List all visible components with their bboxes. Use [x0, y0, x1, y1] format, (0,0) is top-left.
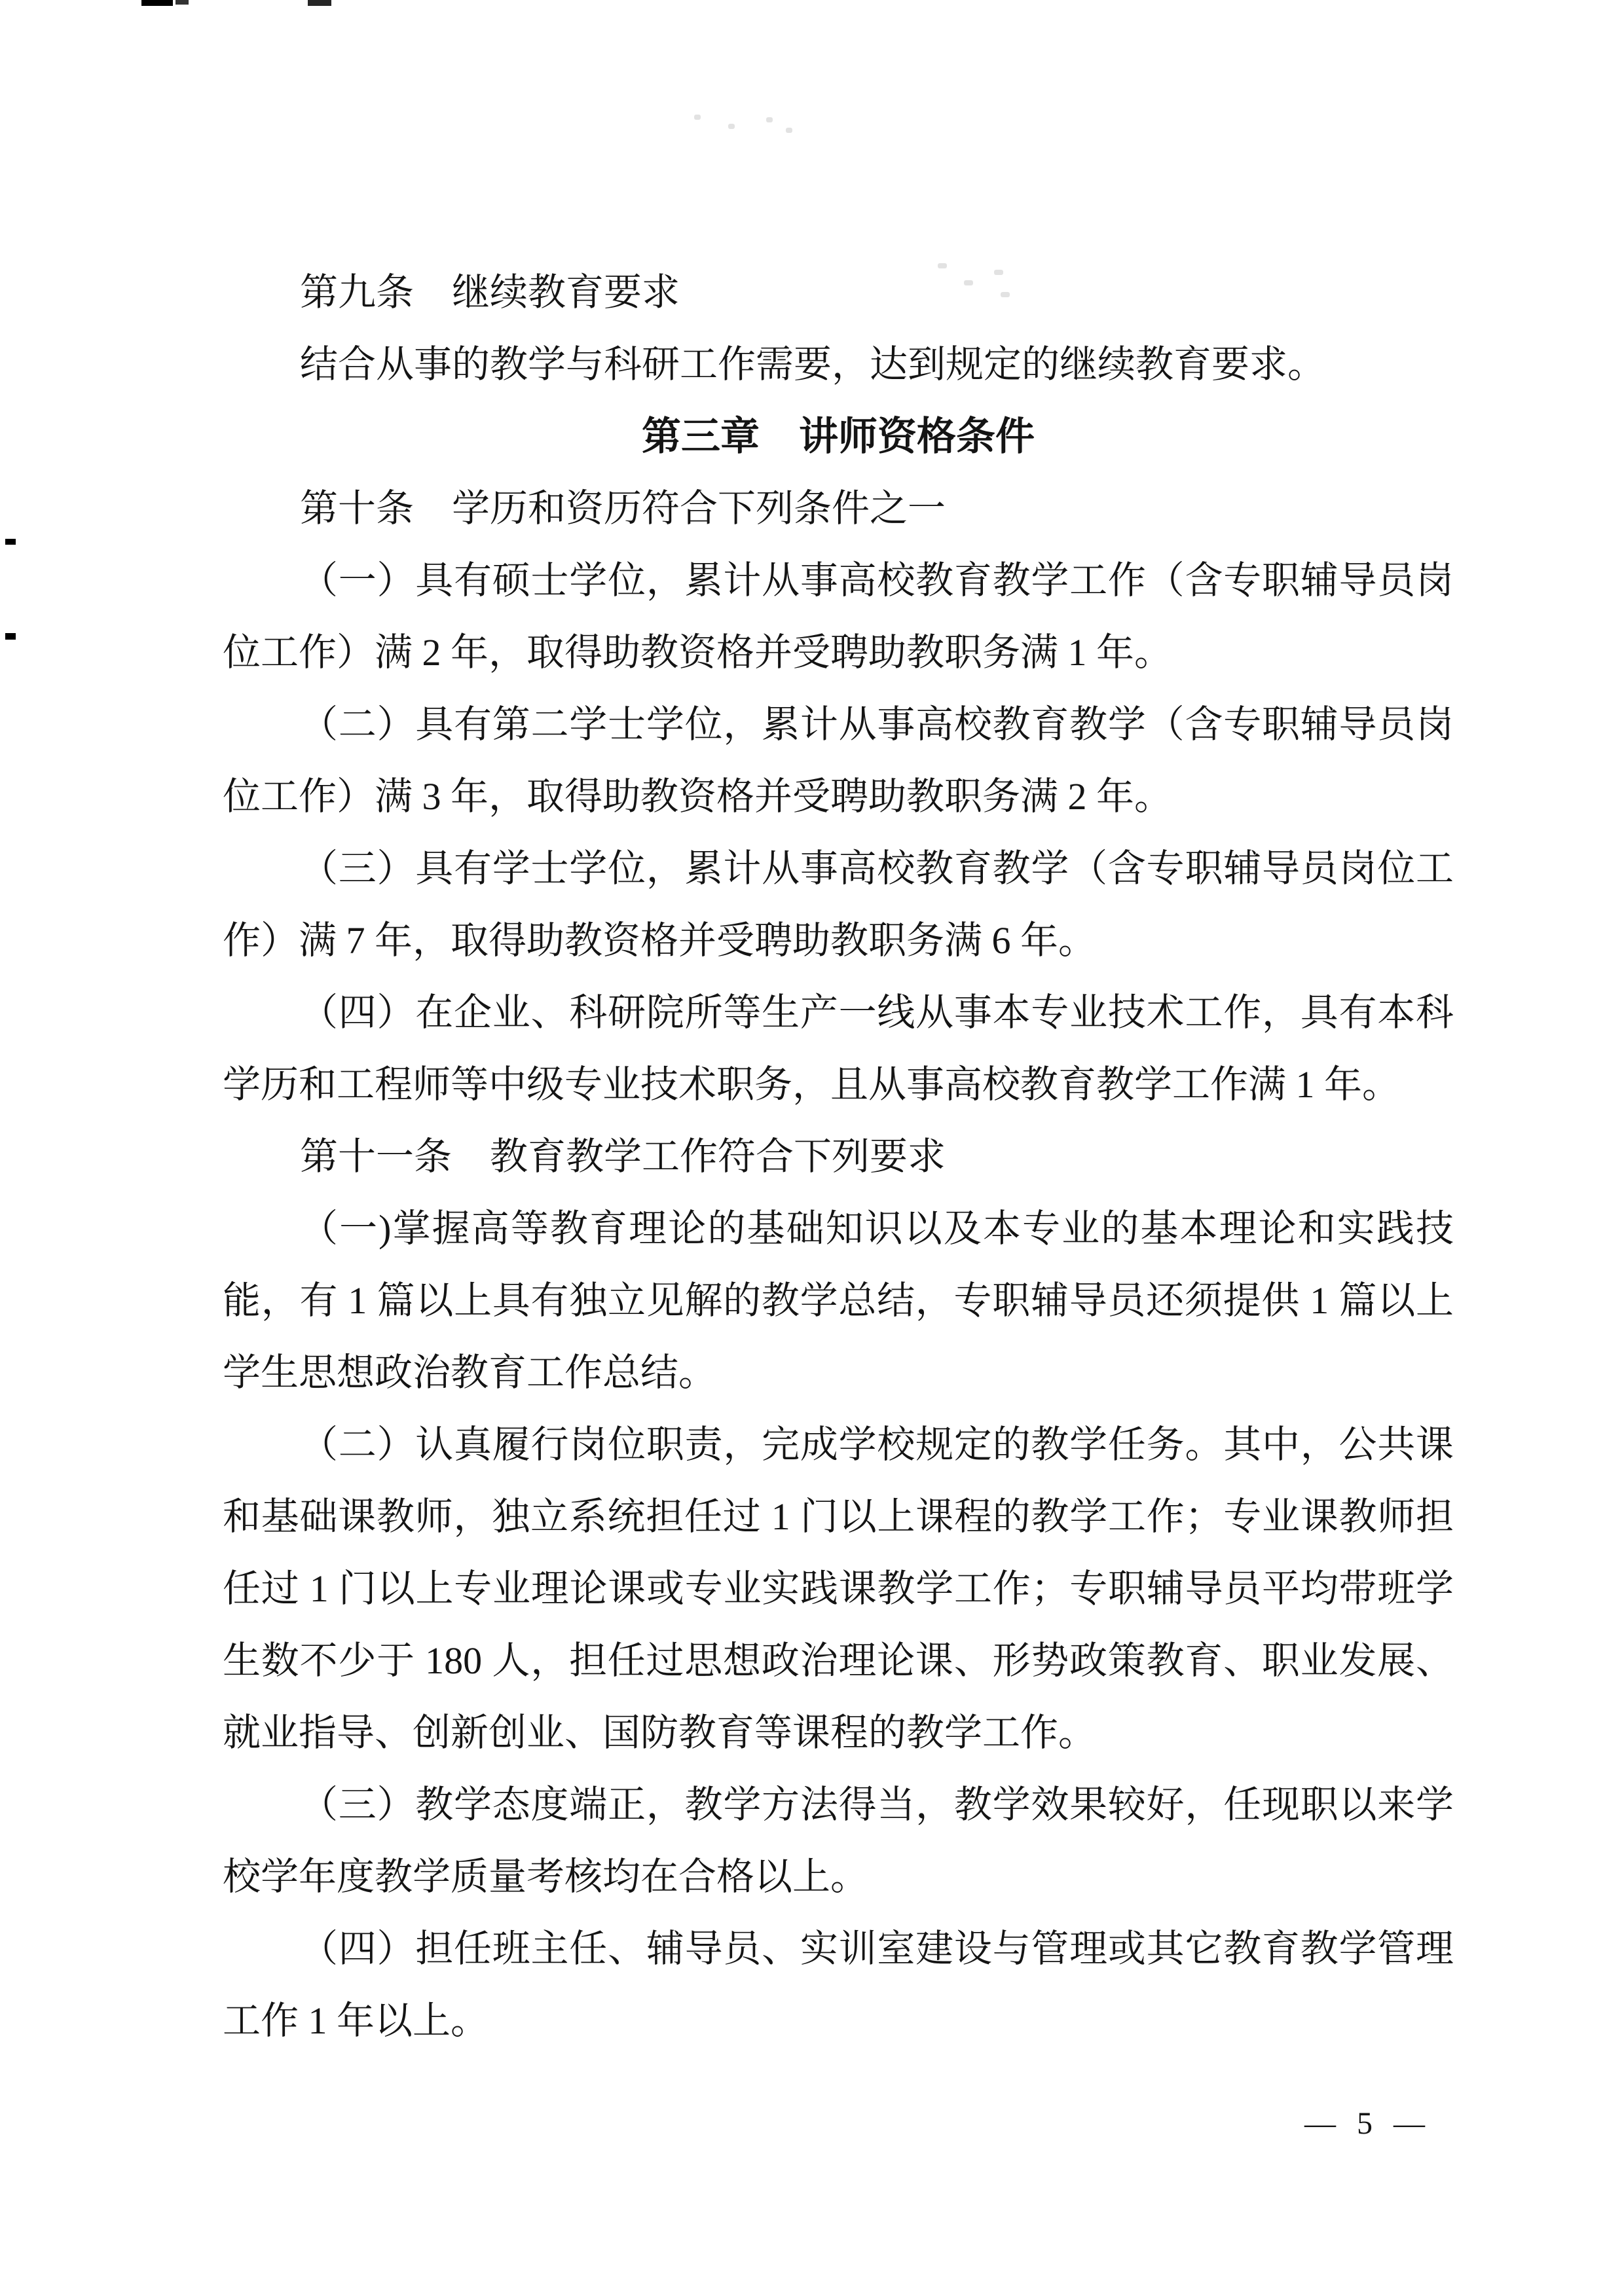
clause-11-item-1: （一)掌握高等教育理论的基础知识以及本专业的基本理论和实践技能，有 1 篇以上具…	[223, 1193, 1454, 1409]
clause-11-item-2: （二）认真履行岗位职责，完成学校规定的教学任务。其中，公共课和基础课教师，独立系…	[223, 1409, 1454, 1769]
text-line: 第九条 继续教育要求	[223, 257, 1454, 329]
clause-10-item-1: （一）具有硕士学位，累计从事高校教育教学工作（含专职辅导员岗位工作）满 2 年，…	[223, 545, 1454, 689]
text-line: 作）满 7 年，取得助教资格并受聘助教职务满 6 年。	[223, 905, 1454, 977]
text-line: 位工作）满 2 年，取得助教资格并受聘助教职务满 1 年。	[223, 617, 1454, 689]
text-line: （二）认真履行岗位职责，完成学校规定的教学任务。其中，公共课	[223, 1409, 1454, 1481]
text-line: 位工作）满 3 年，取得助教资格并受聘助教职务满 2 年。	[223, 761, 1454, 833]
text-line: （二）具有第二学士学位，累计从事高校教育教学（含专职辅导员岗	[223, 689, 1454, 761]
scan-artifact-left-margin-1	[5, 539, 16, 545]
text-line: 第三章 讲师资格条件	[223, 401, 1454, 473]
clause-10-item-3: （三）具有学士学位，累计从事高校教育教学（含专职辅导员岗位工作）满 7 年，取得…	[223, 833, 1454, 977]
page-number: — 5 —	[1304, 2105, 1431, 2141]
text-line: 就业指导、创新创业、国防教育等课程的教学工作。	[223, 1697, 1454, 1769]
text-line: 学历和工程师等中级专业技术职务，且从事高校教育教学工作满 1 年。	[223, 1049, 1454, 1121]
clause-10-item-2: （二）具有第二学士学位，累计从事高校教育教学（含专职辅导员岗位工作）满 3 年，…	[223, 689, 1454, 833]
text-line: （一）具有硕士学位，累计从事高校教育教学工作（含专职辅导员岗	[223, 545, 1454, 617]
text-line: （四）担任班主任、辅导员、实训室建设与管理或其它教育教学管理	[223, 1913, 1454, 1985]
clause-10-item-4: （四）在企业、科研院所等生产一线从事本专业技术工作，具有本科学历和工程师等中级专…	[223, 977, 1454, 1121]
text-line: 校学年度教学质量考核均在合格以上。	[223, 1841, 1454, 1913]
chapter-3-title: 第三章 讲师资格条件	[223, 401, 1454, 473]
text-line: （三）具有学士学位，累计从事高校教育教学（含专职辅导员岗位工	[223, 833, 1454, 905]
text-line: （一)掌握高等教育理论的基础知识以及本专业的基本理论和实践技	[223, 1193, 1454, 1265]
scan-artifact-top-left-2	[175, 0, 189, 5]
text-line: 结合从事的教学与科研工作需要，达到规定的继续教育要求。	[223, 329, 1454, 401]
scan-artifact-left-margin-2	[5, 633, 16, 640]
text-line: 能，有 1 篇以上具有独立见解的教学总结，专职辅导员还须提供 1 篇以上	[223, 1265, 1454, 1337]
clause-11-item-3: （三）教学态度端正，教学方法得当，教学效果较好，任现职以来学校学年度教学质量考核…	[223, 1769, 1454, 1913]
text-line: 学生思想政治教育工作总结。	[223, 1337, 1454, 1409]
clause-9-text: 结合从事的教学与科研工作需要，达到规定的继续教育要求。	[223, 329, 1454, 401]
document-content: 第九条 继续教育要求结合从事的教学与科研工作需要，达到规定的继续教育要求。第三章…	[223, 257, 1454, 2057]
clause-11-item-4: （四）担任班主任、辅导员、实训室建设与管理或其它教育教学管理工作 1 年以上。	[223, 1913, 1454, 2057]
document-page: 第九条 继续教育要求结合从事的教学与科研工作需要，达到规定的继续教育要求。第三章…	[0, 0, 1624, 2296]
text-line: 任过 1 门以上专业理论课或专业实践课教学工作；专职辅导员平均带班学	[223, 1553, 1454, 1625]
scan-artifact-top-left	[141, 0, 173, 6]
clause-11-title: 第十一条 教育教学工作符合下列要求	[223, 1121, 1454, 1193]
clause-9-title: 第九条 继续教育要求	[223, 257, 1454, 329]
text-line: 生数不少于 180 人，担任过思想政治理论课、形势政策教育、职业发展、	[223, 1625, 1454, 1697]
scan-artifact-top-center	[308, 0, 331, 6]
text-line: （三）教学态度端正，教学方法得当，教学效果较好，任现职以来学	[223, 1769, 1454, 1841]
clause-10-title: 第十条 学历和资历符合下列条件之一	[223, 473, 1454, 545]
text-line: 和基础课教师，独立系统担任过 1 门以上课程的教学工作；专业课教师担	[223, 1481, 1454, 1553]
scan-smudge-1	[694, 115, 701, 120]
text-line: （四）在企业、科研院所等生产一线从事本专业技术工作，具有本科	[223, 977, 1454, 1049]
text-line: 第十一条 教育教学工作符合下列要求	[223, 1121, 1454, 1193]
text-line: 第十条 学历和资历符合下列条件之一	[223, 473, 1454, 545]
text-line: 工作 1 年以上。	[223, 1985, 1454, 2057]
